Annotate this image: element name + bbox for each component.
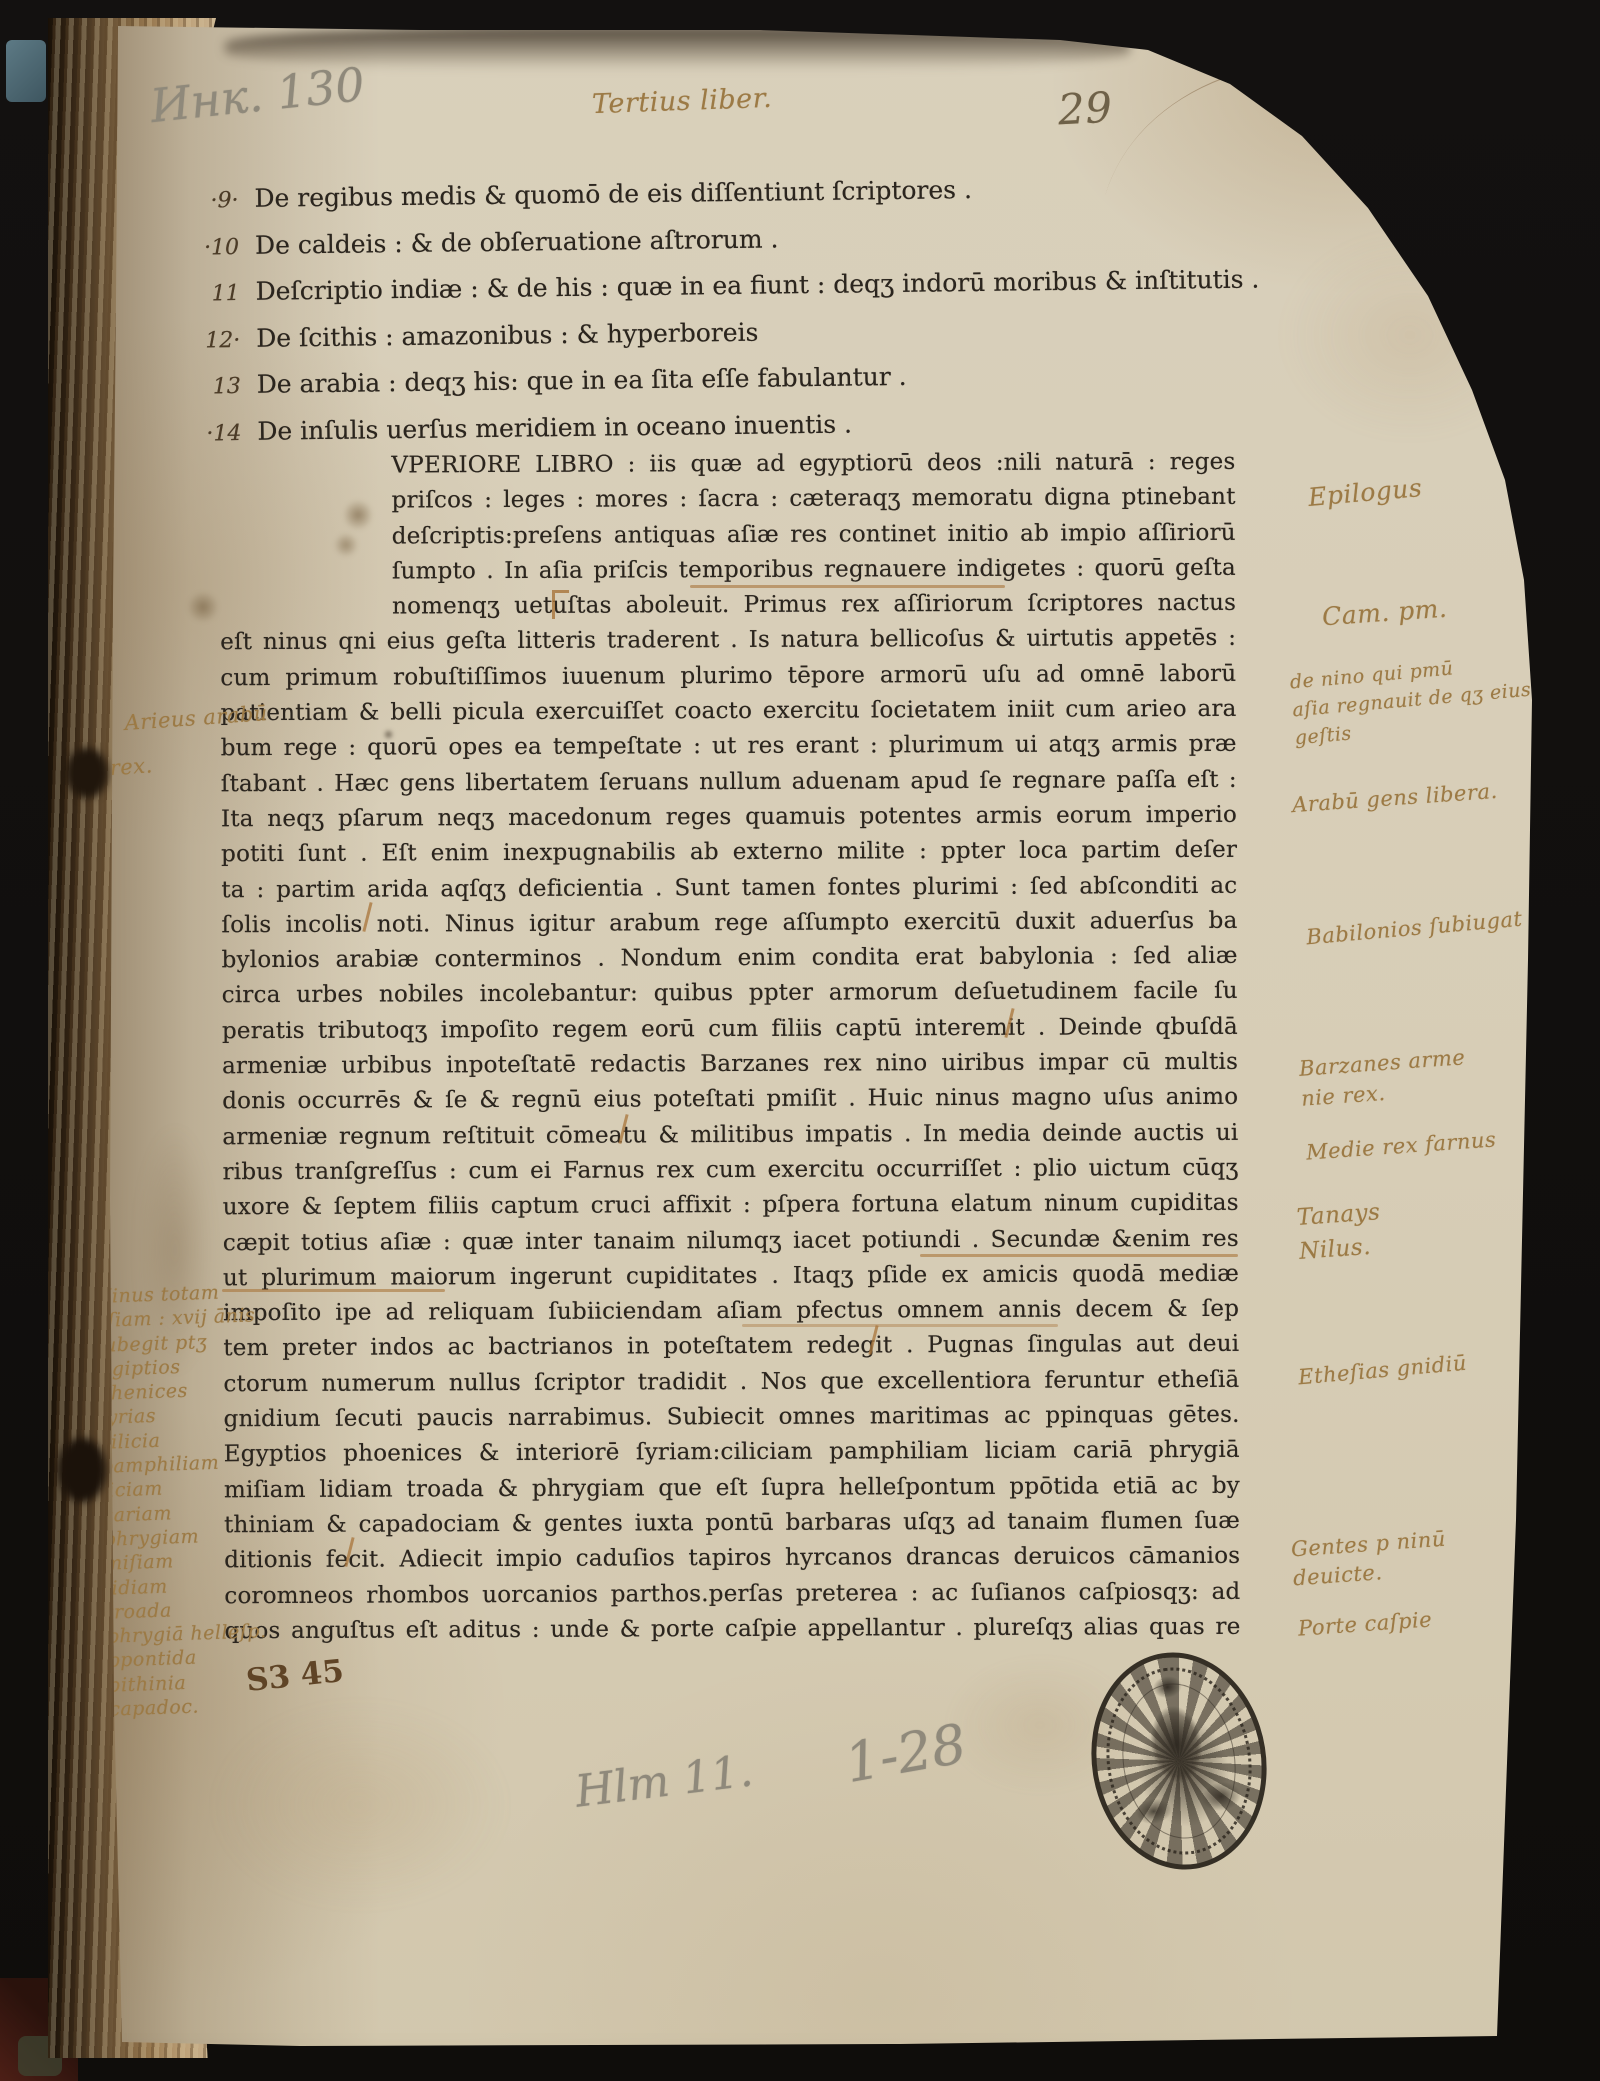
pencil-note-bottom: Hlm 11. xyxy=(573,1745,756,1817)
margin-note-barzanes: Barzanes arme nie rex. xyxy=(1298,1042,1468,1113)
shelfmark-pencil: Инк. 130 xyxy=(148,57,367,133)
ink-stain xyxy=(186,592,220,622)
ink-underline xyxy=(920,1254,1238,1257)
text-line: nomenqʒ uetuſtas aboleuit. Primus rex aſ… xyxy=(220,586,1236,626)
text-line: potiti ſunt . Eſt enim inexpugnabilis ab… xyxy=(221,833,1237,873)
text-line: donis occurrēs & ſe & regnū eius poteſta… xyxy=(222,1080,1238,1120)
text-line: coromneos rhombos uorcanios parthos.perſ… xyxy=(224,1574,1240,1614)
binding-headband-blue xyxy=(6,40,46,102)
index-number: 11 xyxy=(195,279,239,310)
pencil-pages-bottom: 1-28 xyxy=(840,1712,970,1795)
text-line: impoſito ipe ad reliquam ſubiiciendam aſ… xyxy=(223,1292,1239,1332)
spine-hole xyxy=(58,1438,106,1502)
folio-number: 29 xyxy=(1057,83,1114,135)
text-line: Egyptios phoenices & interiorē ſyriam:ci… xyxy=(224,1433,1240,1473)
margin-note-gentes: Gentes p ninū deuicte. xyxy=(1290,1525,1449,1594)
text-line: peratis tributoqʒ impoſito regem eorū cu… xyxy=(222,1010,1238,1050)
margin-list-item: capadoc. xyxy=(109,1692,270,1722)
margin-list-conquests: Ninus totam aſiam : xvij ānis ſubegit pt… xyxy=(94,1279,269,1722)
index-entry: De caldeis : & de obſeruatione aſtrorum … xyxy=(255,224,779,259)
margin-note-tanays: Tanays Nilus. xyxy=(1296,1195,1384,1269)
library-stamp-icon xyxy=(1076,1640,1282,1883)
index-entry: De inſulis uerſus meridiem in oceano inu… xyxy=(257,409,852,445)
ink-underline xyxy=(742,1324,1058,1327)
text-line: ta : partim arida aqſqʒ deficientia . Su… xyxy=(221,868,1237,908)
ink-underline xyxy=(690,585,1005,588)
text-line: armeniæ urbibus inpoteſtatē redactis Bar… xyxy=(222,1045,1238,1085)
margin-note-arieus: Arieus arabū rex. xyxy=(123,691,272,789)
spine-hole xyxy=(66,748,108,798)
margin-note-porte: Porte caſpie xyxy=(1297,1607,1433,1640)
text-line: ſtabant . Hæc gens libertatem ſeruans nu… xyxy=(221,762,1237,802)
index-number: ·10 xyxy=(195,233,239,264)
main-text-block: VPERIORE LIBRO : iis quæ ad egyptiorū de… xyxy=(219,445,1240,1650)
text-line: bum rege : quorū opes ea tempeſtate : ut… xyxy=(221,727,1237,767)
index-number: 12· xyxy=(196,325,240,356)
margin-note-de-nino: de nino qui pmū aſia regnauit de qʒ eius… xyxy=(1289,648,1535,753)
ink-underline xyxy=(222,1289,445,1292)
water-stain xyxy=(1280,230,1540,440)
text-line: Ita neqʒ pſarum neqʒ macedonum reges qua… xyxy=(221,798,1237,838)
text-line: circa urbes nobiles incolebantur: quibus… xyxy=(222,974,1238,1014)
text-line: ſolis incolis noti. Ninus igitur arabum … xyxy=(221,904,1237,944)
text-line: armeniæ regnum reſtituit cōmeatu & milit… xyxy=(222,1115,1238,1155)
text-line: priſcos : leges : mores : ſacra : cætera… xyxy=(220,480,1236,520)
index-number: ·14 xyxy=(197,418,241,449)
index-number: 13 xyxy=(197,372,241,403)
margin-note-babilonios: Babilonios ſubiugat xyxy=(1305,907,1523,950)
incunable-book-scan: Инк. 130 Tertius liber. 29 ·9·De regibus… xyxy=(0,0,1600,2081)
text-line: miſiam lidiam troada & phrygiam que eſt … xyxy=(224,1468,1240,1508)
margin-note-medie: Medie rex farnus xyxy=(1305,1127,1497,1164)
text-line: VPERIORE LIBRO : iis quæ ad egyptiorū de… xyxy=(219,445,1235,485)
index-entry: De regibus medis & quomō de eis diſſenti… xyxy=(254,175,972,213)
margin-note-arabum: Arabū gens libera. xyxy=(1291,779,1498,817)
text-line: eſt ninus qni eius geſta litteris trader… xyxy=(220,621,1236,661)
margin-note-epilogus: Epilogus xyxy=(1307,473,1423,512)
text-line: tem preter indos ac bactrianos in poteſt… xyxy=(223,1327,1239,1367)
index-number: ·9· xyxy=(194,186,238,217)
text-line: gnidium ſecuti paucis narrabimus. Subiec… xyxy=(224,1398,1240,1438)
text-line: thiniam & capadociam & gentes iuxta pont… xyxy=(224,1504,1240,1544)
running-title: Tertius liber. xyxy=(592,83,773,120)
text-line: patientiam & belli picula exercuiſſet co… xyxy=(220,692,1236,732)
chapter-index: ·9·De regibus medis & quomō de eis diſſe… xyxy=(194,171,1267,463)
text-line: quos anguſtus eſt aditus : unde & porte … xyxy=(224,1610,1240,1650)
text-line: deſcriptis:preſens antiquas aſiæ res con… xyxy=(220,515,1236,555)
text-line: ditionis fecit. Adiecit impio caduſios t… xyxy=(224,1539,1240,1579)
text-line: ctorum numerum nullus ſcriptor tradidit … xyxy=(223,1362,1239,1402)
paragraph-mark xyxy=(552,590,569,619)
margin-note-line: Nilus. xyxy=(1298,1229,1384,1269)
text-line: uxore & ſeptem filiis captum cruci affix… xyxy=(223,1186,1239,1226)
text-line: ribus tranſgreſſus : cum ei Farnus rex c… xyxy=(222,1151,1238,1191)
manuscript-page: Инк. 130 Tertius liber. 29 ·9·De regibus… xyxy=(0,0,1600,2081)
water-stain xyxy=(210,1700,510,1910)
text-line: bylonios arabiæ conterminos . Nondum eni… xyxy=(222,939,1238,979)
margin-note-ethesias: Etheſias gnidiū xyxy=(1297,1351,1468,1390)
margin-note-caput: Cam. pm. xyxy=(1321,594,1448,632)
index-entry: De ſcithis : amazonibus : & hyperboreis xyxy=(256,317,759,352)
text-line: cum primum robuſtiſſimos iuuenum plurimo… xyxy=(220,657,1236,697)
